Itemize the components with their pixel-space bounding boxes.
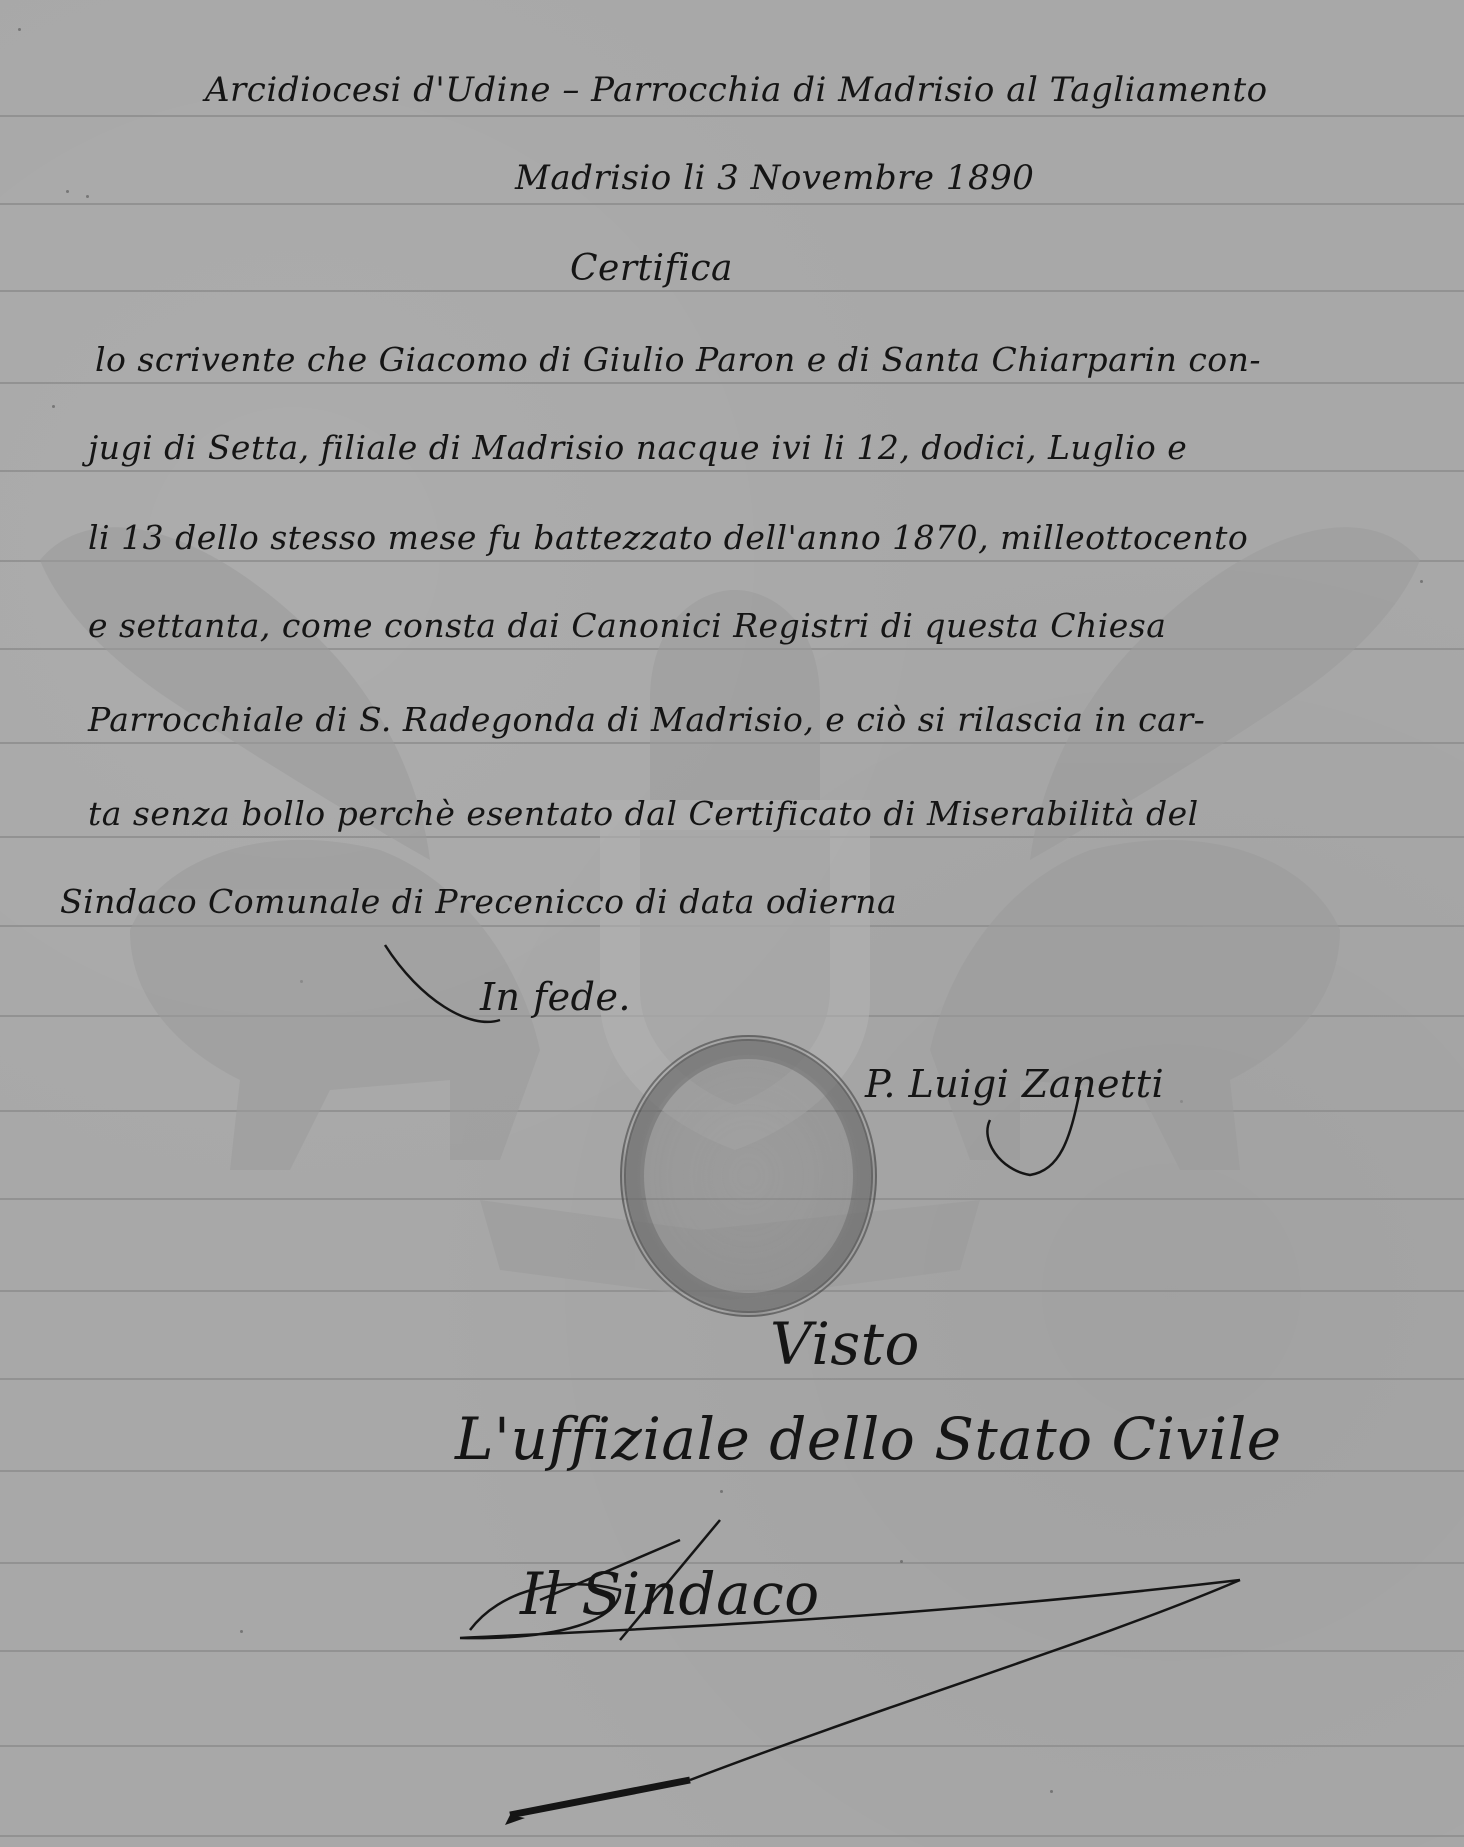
signature-flourish-icon (0, 0, 1464, 1847)
document-page: Arcidiocesi d'Udine – Parrocchia di Madr… (0, 0, 1464, 1847)
